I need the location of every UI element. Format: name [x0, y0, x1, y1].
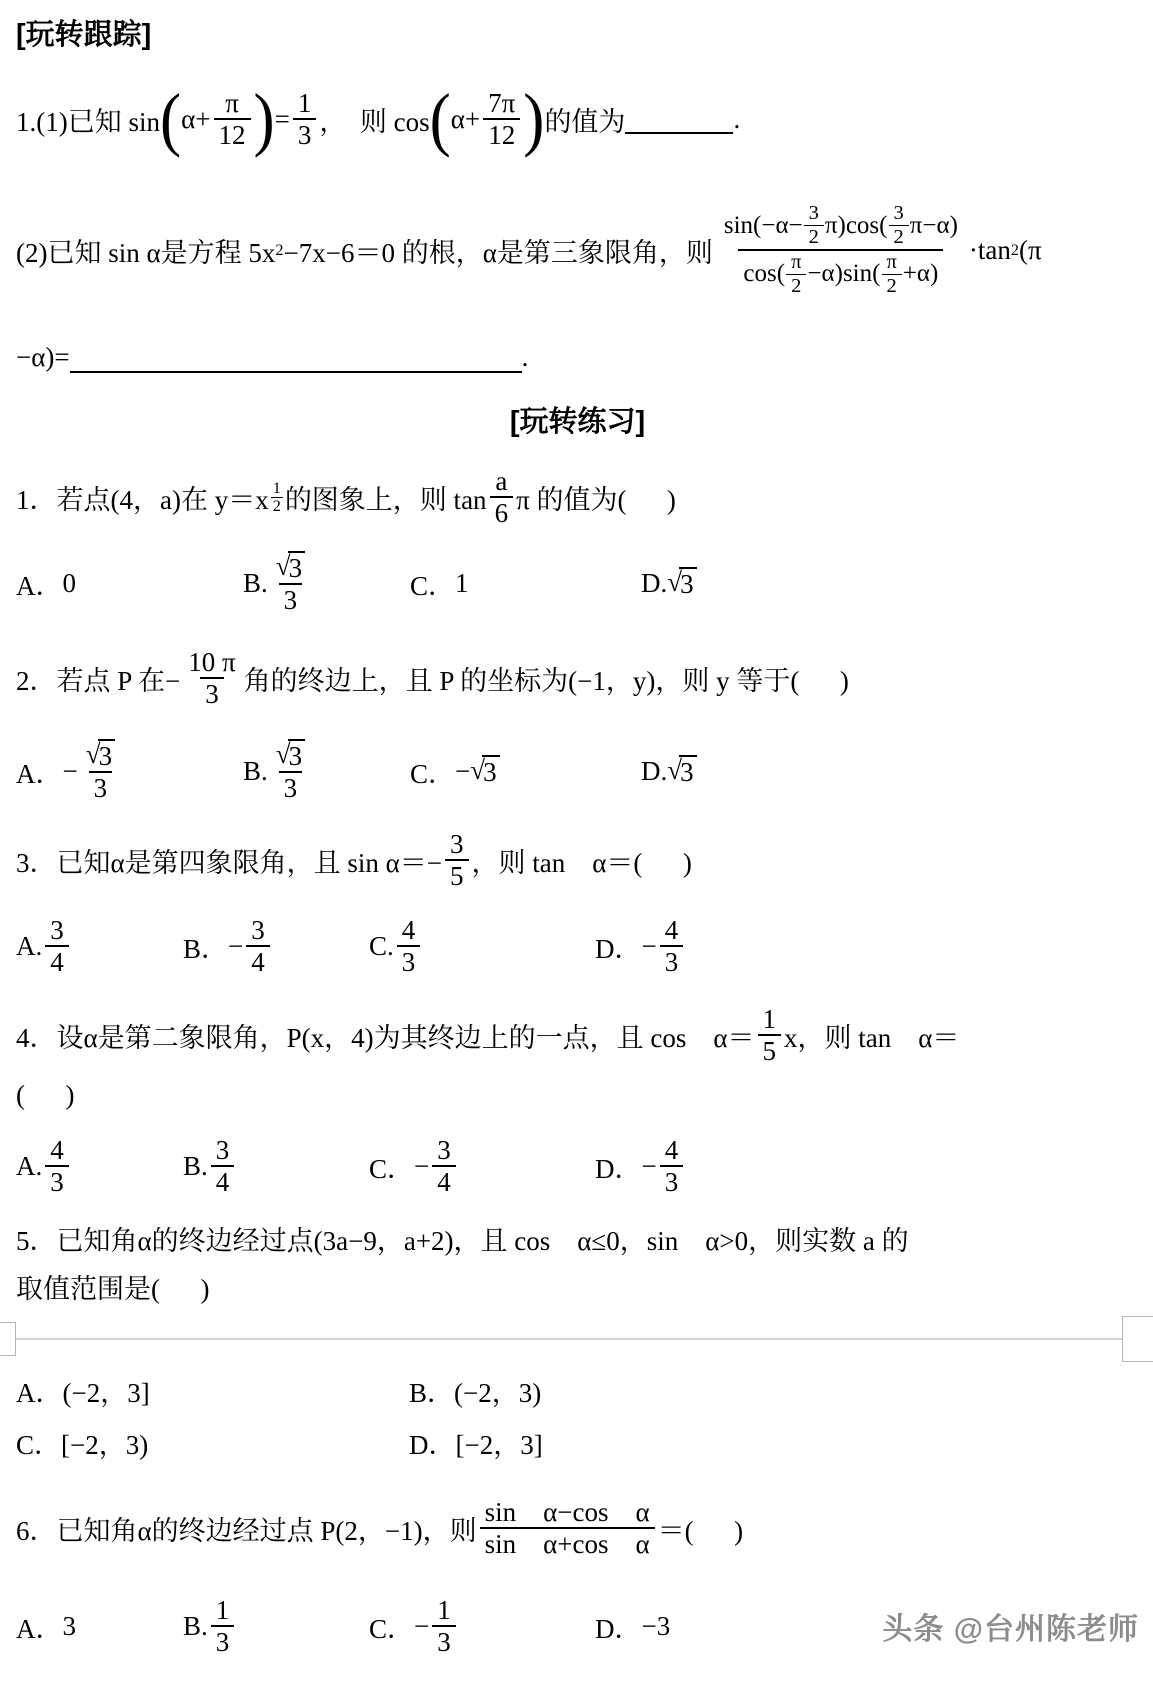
fraction-3-2: 3 2 — [804, 202, 824, 249]
option-c: C． − √3 — [410, 752, 641, 791]
problem-1-1-mid: ， 则 cos — [319, 100, 429, 139]
fraction-sqrt3-3: √3 3 — [81, 739, 120, 803]
sqrt-3: √3 — [667, 755, 696, 788]
question-4-parens: ( ) — [16, 1080, 1139, 1120]
option-b: B. 13 — [183, 1595, 369, 1657]
question-3: 3．已知α是第四象限角，且 sin α＝− 3 5 ，则 tan α＝( ) — [16, 820, 1139, 900]
question-5-options-row2: C．[−2，3) D．[−2，3] — [16, 1420, 1139, 1464]
option-b: B. 34 — [183, 1135, 369, 1197]
question-3-options: A. 34 B． − 34 C. 43 D． − 43 — [16, 904, 1139, 988]
question-1-options: A． 0 B. √3 3 C． 1 D. √3 — [16, 542, 1139, 624]
question-3-stem: 3．已知α是第四象限角，且 sin α＝− — [16, 841, 442, 880]
exponent-one-half: 1 2 — [271, 480, 283, 515]
option-d: D． − 43 — [595, 1135, 686, 1197]
problem-1-2-mid: −7x−6＝0 的根，α是第三象限角，则 — [283, 231, 712, 270]
section-header-tracking: [玩转跟踪] — [16, 12, 1139, 53]
problem-1-2-cont-text: −α)= — [16, 342, 70, 373]
answer-blank — [70, 343, 522, 373]
problem-1-1-tail: 的值为 — [544, 100, 625, 139]
fraction-7pi-12: 7π 12 — [483, 88, 520, 150]
question-2-stem: 2．若点 P 在− — [16, 659, 180, 698]
option-d: D．[−2，3] — [409, 1423, 802, 1462]
fraction-10pi-3: 10 π 3 — [183, 647, 240, 709]
option-a: A．(−2，3] — [16, 1371, 409, 1410]
question-6-options: A． 3 B. 13 C． − 13 D． −3 头条 @台州陈老师 — [16, 1586, 1139, 1666]
fraction-pi-2: π 2 — [786, 251, 806, 298]
question-2: 2．若点 P 在− 10 π 3 角的终边上，且 P 的坐标为(−1，y)，则 … — [16, 632, 1139, 724]
question-5-options-row1: A．(−2，3] B．(−2，3) — [16, 1368, 1139, 1412]
fraction-sqrt3-3: √3 3 — [271, 551, 310, 615]
page-break-divider — [0, 1322, 1153, 1356]
question-5-line1: 5．已知角α的终边经过点(3a−9，a+2)，且 cos α≤0，sin α>0… — [16, 1218, 1139, 1258]
big-fraction-denominator: cos( π 2 −α)sin( π 2 +α) — [738, 249, 943, 298]
page-break-marker-right — [1122, 1316, 1153, 1362]
option-a: A. 34 — [16, 915, 183, 977]
answer-blank — [625, 104, 733, 134]
option-d: D． − 43 — [595, 915, 686, 977]
cos-argument: α+ 7π 12 — [451, 88, 524, 150]
option-c: C．[−2，3) — [16, 1423, 409, 1462]
question-5-line2: 取值范围是( ) — [16, 1266, 1139, 1306]
question-6: 6．已知角α的终边经过点 P(2，−1)，则 sin α−cos α sin α… — [16, 1480, 1139, 1576]
fraction-pi-2: π 2 — [881, 251, 901, 298]
option-c: C． − 34 — [369, 1135, 595, 1197]
period: . — [733, 104, 740, 135]
page-break-line — [16, 1338, 1122, 1340]
question-1-stem: 1．若点(4，a)在 y＝x — [16, 478, 269, 517]
problem-1-2-tail: ·tan — [969, 235, 1011, 266]
fraction-pi-12: π 12 — [214, 88, 251, 150]
fraction-1-5: 1 5 — [758, 1004, 782, 1066]
option-b: B．(−2，3) — [409, 1371, 802, 1410]
watermark: 头条 @台州陈老师 — [882, 1604, 1139, 1648]
option-b: B. √3 3 — [243, 739, 410, 803]
problem-1-2: (2)已知 sin α是方程 5x2 −7x−6＝0 的根，α是第三象限角，则 … — [16, 175, 1139, 325]
question-4: 4．设α是第二象限角，P(x，4)为其终边上的一点，且 cos α＝ 1 5 x… — [16, 994, 1139, 1076]
worksheet-page: [玩转跟踪] 1.(1)已知 sin ( α+ π 12 ) = 1 3 ， 则… — [0, 0, 1153, 1666]
option-a: A． 0 — [16, 564, 243, 603]
question-4-stem: 4．设α是第二象限角，P(x，4)为其终边上的一点，且 cos α＝ — [16, 1016, 755, 1055]
page-break-marker-left — [0, 1322, 16, 1356]
big-fraction-numerator: sin(−α− 3 2 π)cos( 3 2 π−α) — [719, 202, 963, 249]
sqrt-3: √3 — [470, 755, 499, 788]
fraction-sqrt3-3: √3 3 — [271, 739, 310, 803]
fraction-sin-cos: sin α−cos α sin α+cos α — [480, 1497, 655, 1559]
problem-1-2-lead: (2)已知 sin α是方程 5x — [16, 231, 275, 270]
fraction-3-5: 3 5 — [445, 829, 469, 891]
question-4-options: A. 43 B. 34 C． − 34 D． − 43 — [16, 1124, 1139, 1208]
problem-1-1: 1.(1)已知 sin ( α+ π 12 ) = 1 3 ， 则 cos ( … — [16, 67, 1139, 171]
question-1: 1．若点(4，a)在 y＝x 1 2 的图象上，则 tan a 6 π 的值为(… — [16, 458, 1139, 536]
sqrt-3: √3 — [667, 567, 696, 600]
option-c: C． − 13 — [369, 1595, 595, 1657]
equals-sign: = — [275, 104, 290, 135]
option-d: D． −3 — [595, 1607, 670, 1646]
option-b: B. √3 3 — [243, 551, 410, 615]
option-c: C． 1 — [410, 564, 641, 603]
period: . — [522, 342, 529, 373]
option-a: A． − √3 3 — [16, 739, 243, 803]
sin-argument: α+ π 12 — [181, 88, 253, 150]
option-a: A． 3 — [16, 1607, 183, 1646]
big-fraction: sin(−α− 3 2 π)cos( 3 2 π−α) cos( π 2 −α) — [719, 202, 963, 298]
problem-1-2-continuation: −α)= . — [16, 333, 1139, 373]
question-2-options: A． − √3 3 B. √3 3 C． − √3 D. √3 — [16, 728, 1139, 814]
fraction-a-6: a 6 — [490, 466, 514, 528]
option-c: C. 43 — [369, 915, 595, 977]
problem-1-1-lead: 1.(1)已知 sin — [16, 100, 160, 139]
option-d: D. √3 — [641, 755, 697, 788]
option-b: B． − 34 — [183, 915, 369, 977]
fraction-1-3: 1 3 — [293, 88, 317, 150]
question-6-stem: 6．已知角α的终边经过点 P(2，−1)，则 — [16, 1509, 477, 1548]
fraction-3-2: 3 2 — [889, 202, 909, 249]
section-header-practice: [玩转练习] — [16, 399, 1139, 440]
option-d: D. √3 — [641, 567, 697, 600]
option-a: A. 43 — [16, 1135, 183, 1197]
